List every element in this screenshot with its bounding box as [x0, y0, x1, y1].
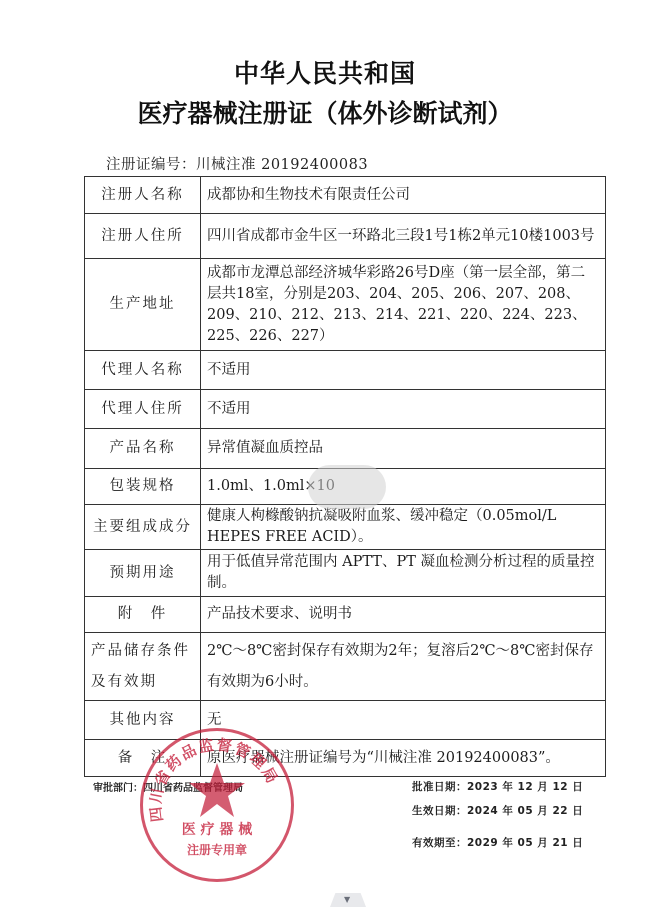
table-row: 附 件 产品技术要求、说明书 — [85, 597, 606, 633]
row-label: 代理人住所 — [85, 390, 201, 429]
row-label: 注册人住所 — [85, 214, 201, 259]
table-row: 备 注 原医疗器械注册证编号为“川械注准 20192400083”。 — [85, 740, 606, 777]
row-label: 产品名称 — [85, 429, 201, 469]
table-row: 产品名称 异常值凝血质控品 — [85, 429, 606, 469]
row-value: 健康人枸橼酸钠抗凝吸附血浆、缓冲稳定（0.05mol/L HEPES FREE … — [201, 505, 606, 550]
table-row: 注册人名称 成都协和生物技术有限责任公司 — [85, 177, 606, 214]
row-label: 生产地址 — [85, 259, 201, 351]
chevron-down-icon: ▼ — [344, 895, 350, 904]
row-value: 用于低值异常范围内 APTT、PT 凝血检测分析过程的质量控制。 — [201, 550, 606, 597]
row-label: 预期用途 — [85, 550, 201, 597]
row-value: 无 — [201, 701, 606, 740]
scroll-down-button[interactable]: ▼ — [330, 893, 366, 907]
row-label: 其他内容 — [85, 701, 201, 740]
row-value: 成都协和生物技术有限责任公司 — [201, 177, 606, 214]
row-label: 注册人名称 — [85, 177, 201, 214]
table-row: 产品储存条件及有效期 2℃～8℃密封保存有效期为2年；复溶后2℃～8℃密封保存有… — [85, 633, 606, 701]
expiry-date: 有效期至：2029 年 05 月 21 日 — [412, 835, 583, 850]
row-label: 产品储存条件及有效期 — [85, 633, 201, 701]
row-label: 代理人名称 — [85, 351, 201, 390]
row-label: 附 件 — [85, 597, 201, 633]
title-country: 中华人民共和国 — [0, 54, 650, 90]
registration-number-value: 川械注准 20192400083 — [196, 157, 368, 173]
table-row: 其他内容 无 — [85, 701, 606, 740]
row-value: 成都市龙潭总部经济城华彩路26号D座（第一层全部，第二层共18室，分别是203、… — [201, 259, 606, 351]
table-row: 生产地址 成都市龙潭总部经济城华彩路26号D座（第一层全部，第二层共18室，分别… — [85, 259, 606, 351]
row-label: 主要组成成分 — [85, 505, 201, 550]
row-value: 异常值凝血质控品 — [201, 429, 606, 469]
effective-date: 生效日期：2024 年 05 月 22 日 — [412, 803, 583, 818]
seal-inner-line2: 注册专用章 — [143, 841, 291, 858]
table-row: 注册人住所 四川省成都市金牛区一环路北三段1号1栋2单元10楼1003号 — [85, 214, 606, 259]
overlay-blur — [308, 465, 386, 509]
row-value: 不适用 — [201, 390, 606, 429]
row-label: 备 注 — [85, 740, 201, 777]
seal-inner-line1: 医 疗 器 械 — [143, 819, 291, 839]
registration-number-label: 注册证编号： — [106, 157, 196, 173]
table-row: 预期用途 用于低值异常范围内 APTT、PT 凝血检测分析过程的质量控制。 — [85, 550, 606, 597]
row-value: 原医疗器械注册证编号为“川械注准 20192400083”。 — [201, 740, 606, 777]
table-row: 代理人住所 不适用 — [85, 390, 606, 429]
row-label: 包装规格 — [85, 469, 201, 505]
table-row: 主要组成成分 健康人枸橼酸钠抗凝吸附血浆、缓冲稳定（0.05mol/L HEPE… — [85, 505, 606, 550]
row-value: 四川省成都市金牛区一环路北三段1号1栋2单元10楼1003号 — [201, 214, 606, 259]
title-certificate: 医疗器械注册证（体外诊断试剂） — [0, 94, 650, 130]
row-value: 2℃～8℃密封保存有效期为2年；复溶后2℃～8℃密封保存有效期为6小时。 — [201, 633, 606, 701]
row-value: 不适用 — [201, 351, 606, 390]
approval-date: 批准日期：2023 年 12 月 12 日 — [412, 779, 583, 794]
approval-department: 审批部门：四川省药品监督管理局 — [93, 779, 243, 794]
row-value: 1.0ml、1.0ml×10 — [201, 469, 606, 505]
registration-number: 注册证编号：川械注准 20192400083 — [106, 153, 368, 174]
row-value: 产品技术要求、说明书 — [201, 597, 606, 633]
table-row: 代理人名称 不适用 — [85, 351, 606, 390]
